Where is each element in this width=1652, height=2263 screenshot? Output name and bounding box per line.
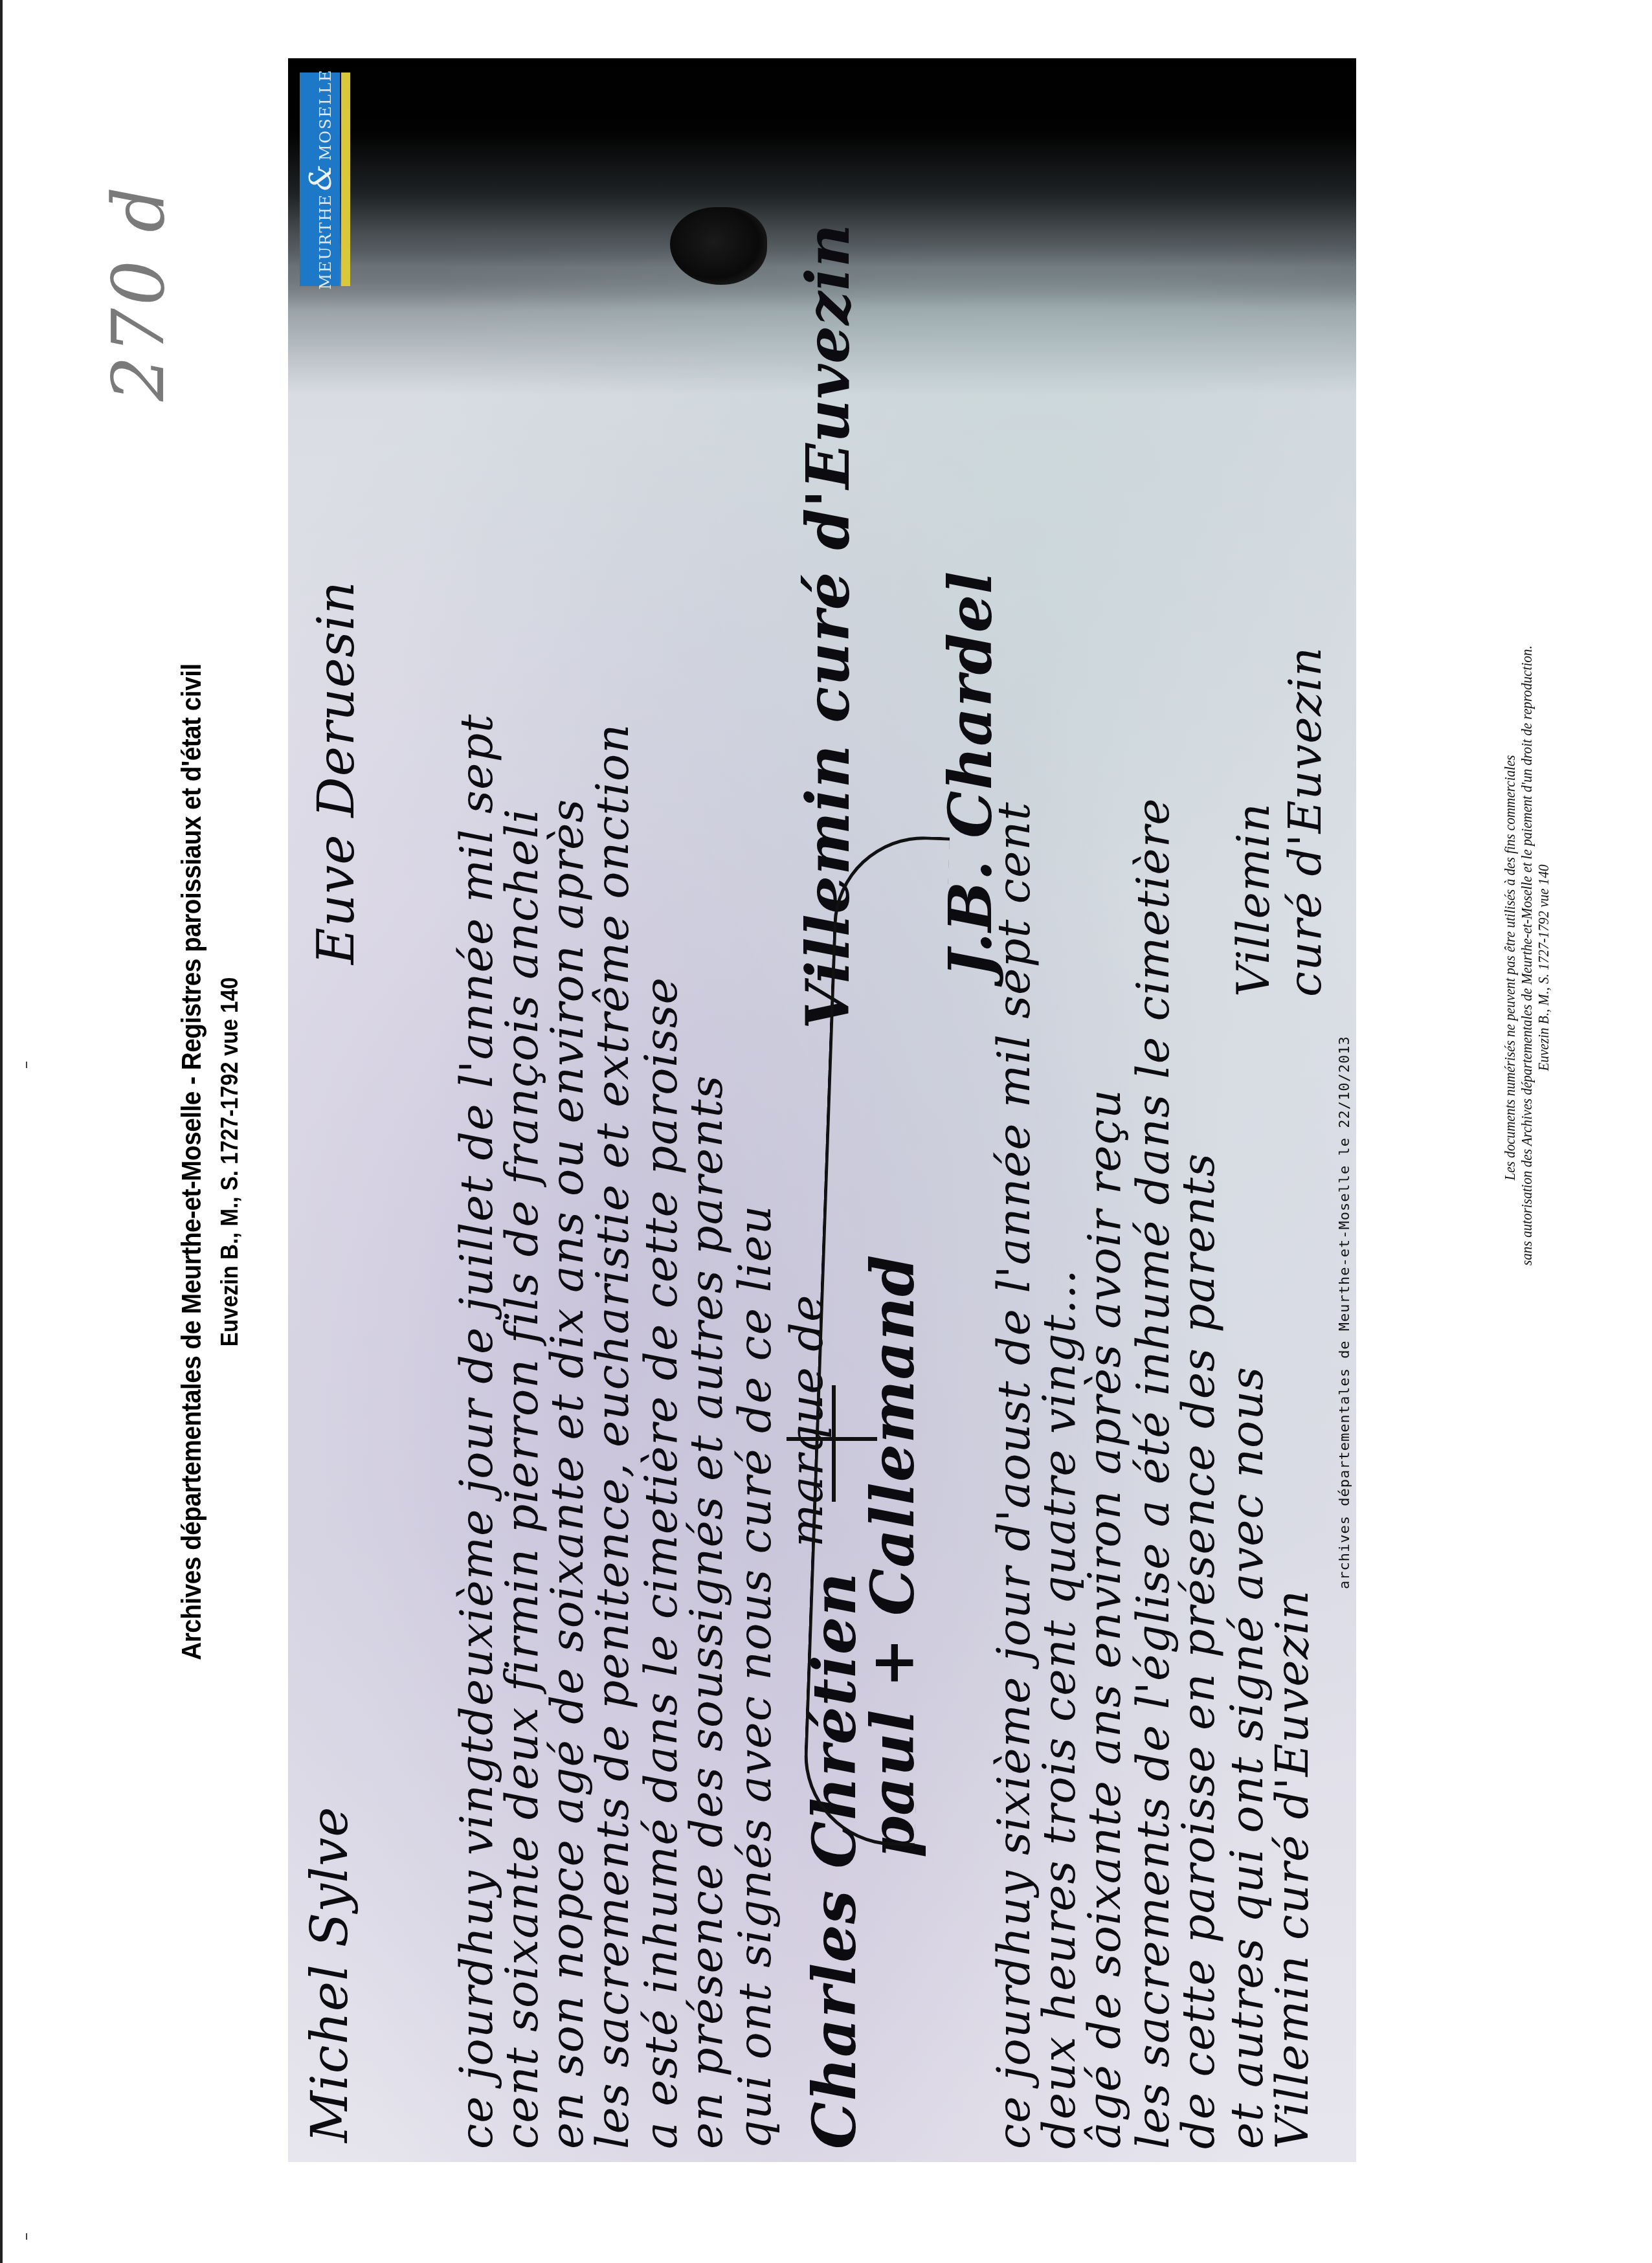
entry-line: qui ont signés avec nous curé de ce lieu [728,1205,781,2149]
entry-line: les sacrements de penitence, eucharistie… [586,724,639,2149]
entry-line: en présence des soussignés et autres par… [680,1075,733,2149]
document-subtitle: Euvezin B., M., S. 1727-1792 vue 140 [212,492,248,1832]
scan-page-edge [0,0,3,2263]
scan-mark [26,2233,27,2240]
notice-line-3: Euvezin B., M., S. 1727-1792 vue 140 [1535,670,1552,1265]
folio-number: 270 d [97,184,180,401]
entry-line: de cette paroisse en présence des parent… [1172,1153,1225,2149]
document-title: Archives départementales de Meurthe-et-M… [172,492,212,1832]
cross-mark [787,1437,877,1441]
margin-name: Euve Deruesin [307,581,366,964]
handwritten-text: Michel Sylve Charles Chrétien Euve Derue… [288,58,1356,2162]
manuscript-image: MEURTHE&MOSELLE Michel Sylve Charles Chr… [288,58,1356,2162]
cross-mark [832,1385,836,1502]
margin-name: Michel Sylve [301,1807,359,2143]
signature: curé d'Euvezin [1278,647,1332,997]
signature: J.B. Chardel [935,571,1005,977]
copyright-notice: Les documents numérisés ne peuvent pas ê… [1502,644,1552,1291]
notice-line-1: Les documents numérisés ne peuvent pas ê… [1502,670,1519,1265]
scan-mark [26,1062,27,1068]
signature: Villemin [1227,803,1280,997]
entry-line: Villemin curé d'Euvezin [1266,1590,1319,2149]
entry-line: âgé de soixante ans environ après avoir … [1078,1089,1131,2149]
archive-watermark: archives départementales de Meurthe-et-M… [1337,1036,1353,1589]
document-header: Archives départementales de Meurthe-et-M… [172,434,248,1890]
notice-line-2: sans autorisation des Archives départeme… [1519,670,1535,1265]
